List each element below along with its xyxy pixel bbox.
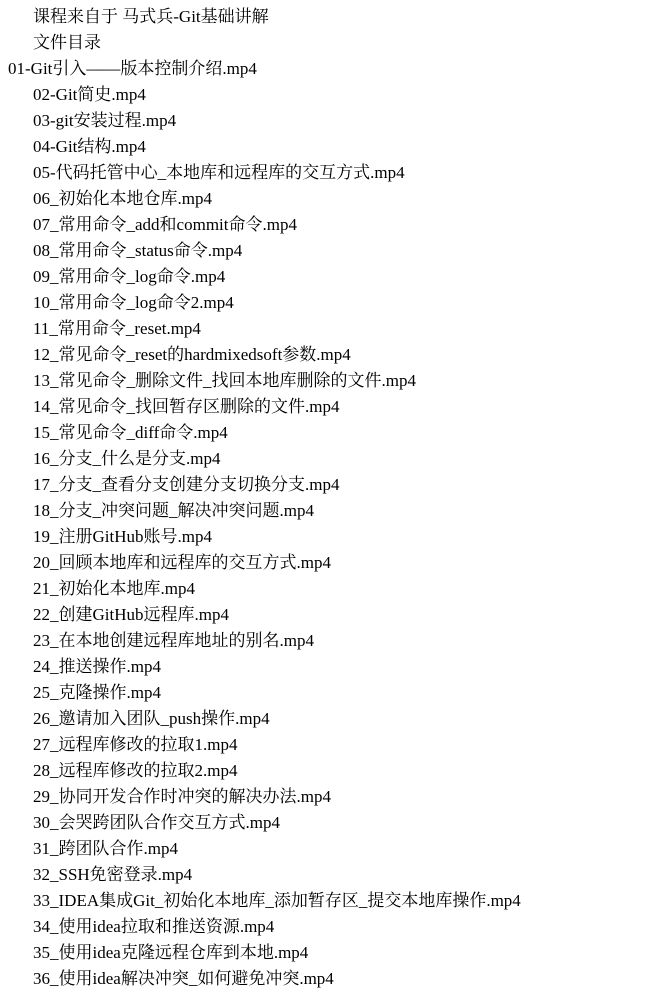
file-item: 08_常用命令_status命令.mp4 bbox=[8, 238, 650, 264]
file-item: 19_注册GitHub账号.mp4 bbox=[8, 524, 650, 550]
file-item: 17_分支_查看分支创建分支切换分支.mp4 bbox=[8, 472, 650, 498]
file-item: 09_常用命令_log命令.mp4 bbox=[8, 264, 650, 290]
file-item: 11_常用命令_reset.mp4 bbox=[8, 316, 650, 342]
course-source-title: 课程来自于 马式兵-Git基础讲解 bbox=[8, 4, 650, 30]
file-item: 16_分支_什么是分支.mp4 bbox=[8, 446, 650, 472]
file-item: 24_推送操作.mp4 bbox=[8, 654, 650, 680]
file-item: 07_常用命令_add和commit命令.mp4 bbox=[8, 212, 650, 238]
file-item: 04-Git结构.mp4 bbox=[8, 134, 650, 160]
file-item: 31_跨团队合作.mp4 bbox=[8, 836, 650, 862]
file-item: 21_初始化本地库.mp4 bbox=[8, 576, 650, 602]
file-item: 35_使用idea克隆远程仓库到本地.mp4 bbox=[8, 940, 650, 966]
file-item: 23_在本地创建远程库地址的别名.mp4 bbox=[8, 628, 650, 654]
file-item: 32_SSH免密登录.mp4 bbox=[8, 862, 650, 888]
file-item: 36_使用idea解决冲突_如何避免冲突.mp4 bbox=[8, 966, 650, 992]
file-item: 12_常见命令_reset的hardmixedsoft参数.mp4 bbox=[8, 342, 650, 368]
file-item: 26_邀请加入团队_push操作.mp4 bbox=[8, 706, 650, 732]
file-item: 22_创建GitHub远程库.mp4 bbox=[8, 602, 650, 628]
file-list: 01-Git引入——版本控制介绍.mp402-Git简史.mp403-git安装… bbox=[8, 56, 650, 992]
file-item: 06_初始化本地仓库.mp4 bbox=[8, 186, 650, 212]
directory-heading: 文件目录 bbox=[8, 30, 650, 56]
file-item: 30_会哭跨团队合作交互方式.mp4 bbox=[8, 810, 650, 836]
file-item: 29_协同开发合作时冲突的解决办法.mp4 bbox=[8, 784, 650, 810]
file-item: 10_常用命令_log命令2.mp4 bbox=[8, 290, 650, 316]
file-item: 03-git安装过程.mp4 bbox=[8, 108, 650, 134]
file-item: 18_分支_冲突问题_解决冲突问题.mp4 bbox=[8, 498, 650, 524]
file-item: 20_回顾本地库和远程库的交互方式.mp4 bbox=[8, 550, 650, 576]
file-item: 15_常见命令_diff命令.mp4 bbox=[8, 420, 650, 446]
file-item: 34_使用idea拉取和推送资源.mp4 bbox=[8, 914, 650, 940]
file-item: 02-Git简史.mp4 bbox=[8, 82, 650, 108]
file-item: 33_IDEA集成Git_初始化本地库_添加暂存区_提交本地库操作.mp4 bbox=[8, 888, 650, 914]
file-item: 05-代码托管中心_本地库和远程库的交互方式.mp4 bbox=[8, 160, 650, 186]
file-item: 27_远程库修改的拉取1.mp4 bbox=[8, 732, 650, 758]
file-item: 28_远程库修改的拉取2.mp4 bbox=[8, 758, 650, 784]
file-item: 25_克隆操作.mp4 bbox=[8, 680, 650, 706]
file-item: 01-Git引入——版本控制介绍.mp4 bbox=[8, 56, 650, 82]
file-item: 13_常见命令_删除文件_找回本地库删除的文件.mp4 bbox=[8, 368, 650, 394]
file-directory-page: 课程来自于 马式兵-Git基础讲解 文件目录 01-Git引入——版本控制介绍.… bbox=[0, 0, 650, 992]
file-item: 14_常见命令_找回暂存区删除的文件.mp4 bbox=[8, 394, 650, 420]
